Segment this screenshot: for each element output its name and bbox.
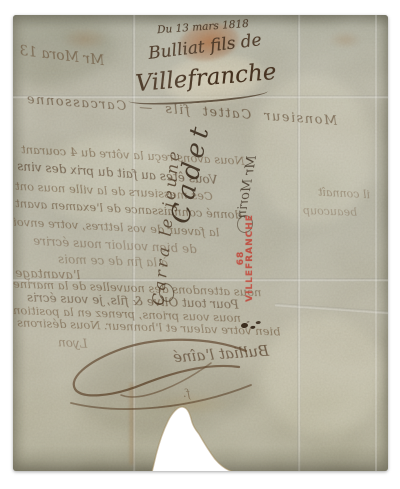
torn-hole xyxy=(13,15,388,471)
scan-background: Mr Mora 13 Monsieur Cattet fils — Carcas… xyxy=(0,0,400,489)
letter-paper: Mr Mora 13 Monsieur Cattet fils — Carcas… xyxy=(13,15,388,471)
